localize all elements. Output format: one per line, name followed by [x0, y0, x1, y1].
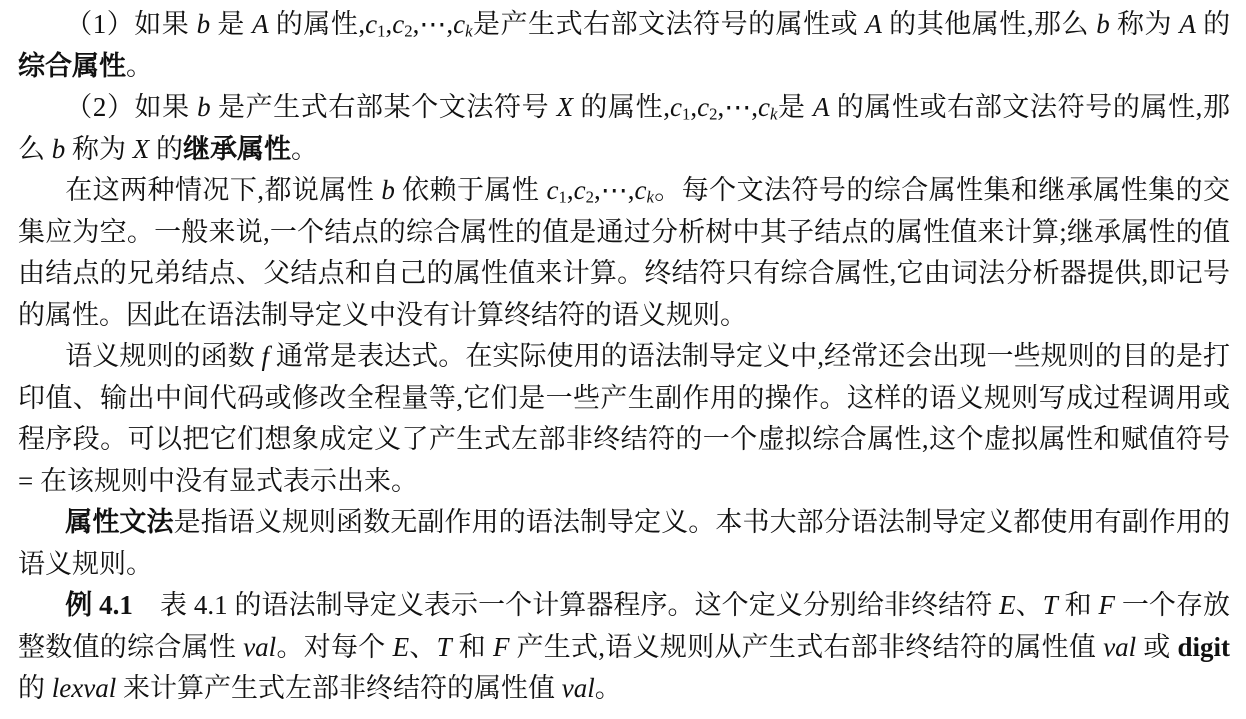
text-segment: 和 [452, 632, 493, 662]
text-segment: 继承属性 [183, 134, 291, 164]
text-segment: F [493, 632, 510, 662]
text-segment: c [365, 9, 377, 39]
text-segment: c [634, 175, 646, 205]
text-segment: ,⋯, [594, 175, 635, 205]
list-item-2-inherited-attribute: （2）如果 b 是产生式右部某个文法符号 X 的属性,c1,c2,⋯,ck是 A… [18, 87, 1230, 170]
text-segment: 2 [404, 22, 412, 41]
text-segment: 来计算产生式左部非终结符的属性值 [116, 673, 562, 703]
text-segment: 的属性, [269, 9, 366, 39]
text-segment: 。对每个 [276, 632, 392, 662]
text-segment: 综合属性 [18, 51, 126, 81]
text-segment: X [133, 134, 150, 164]
text-segment: c [546, 175, 558, 205]
paragraph-example-4-1: 例 4.1 表 4.1 的语法制导定义表示一个计算器程序。这个定义分别给非终结符… [18, 585, 1230, 710]
text-segment: 称为 [1110, 9, 1180, 39]
text-segment: digit [1178, 632, 1231, 662]
text-segment: A [1179, 9, 1196, 39]
text-segment: 。 [126, 51, 153, 81]
text-segment: 是 [210, 9, 252, 39]
text-segment: 是产生式右部某个文法符号 [211, 92, 557, 122]
text-segment: b [197, 9, 211, 39]
text-segment: 的 [149, 134, 183, 164]
text-segment: 称为 [65, 134, 133, 164]
text-segment: 是指语义规则函数无副作用的语法制导定义。本书大部分语法制导定义都使用有副作用的语… [18, 507, 1230, 579]
text-segment: 或 [1136, 632, 1177, 662]
text-segment: 1 [377, 22, 385, 41]
text-segment: 的 [18, 673, 52, 703]
text-segment: 2 [586, 188, 594, 207]
text-segment: 在这两种情况下,都说属性 [65, 175, 381, 205]
text-segment: T [1043, 590, 1058, 620]
text-segment: 例 4.1 [65, 590, 133, 620]
text-segment: val [1103, 632, 1136, 662]
text-segment: b [1096, 9, 1110, 39]
text-segment: 、 [409, 632, 437, 662]
text-segment: A [865, 9, 882, 39]
text-segment: f [262, 341, 270, 371]
text-segment: c [697, 92, 709, 122]
text-segment: ,⋯, [717, 92, 758, 122]
text-segment: 的属性, [573, 92, 670, 122]
text-segment: 1 [558, 188, 566, 207]
text-segment: k [465, 22, 472, 41]
text-segment: ,⋯, [413, 9, 454, 39]
text-segment: 。 [291, 134, 318, 164]
text-segment: 依赖于属性 [395, 175, 547, 205]
text-segment: （1）如果 [65, 9, 196, 39]
text-segment: T [437, 632, 452, 662]
text-segment: 是产生式右部文法符号的属性或 [473, 9, 866, 39]
paragraph-attribute-dependency: 在这两种情况下,都说属性 b 依赖于属性 c1,c2,⋯,ck。每个文法符号的综… [18, 170, 1230, 336]
text-segment: E [999, 590, 1016, 620]
text-segment: 的其他属性,那么 [882, 9, 1096, 39]
text-segment: 。 [595, 673, 622, 703]
text-segment: b [52, 134, 66, 164]
text-segment: 、 [1016, 590, 1043, 620]
text-segment: （2）如果 [65, 92, 197, 122]
text-segment: c [758, 92, 770, 122]
text-segment: c [453, 9, 465, 39]
text-segment: c [574, 175, 586, 205]
text-segment: A [252, 9, 269, 39]
text-segment: A [813, 92, 830, 122]
text-segment: c [670, 92, 682, 122]
text-segment: b [381, 175, 395, 205]
text-segment: 和 [1058, 590, 1099, 620]
text-segment: 表 4.1 的语法制导定义表示一个计算器程序。这个定义分别给非终结符 [133, 590, 999, 620]
text-segment: 产生式,语义规则从产生式右部非终结符的属性值 [509, 632, 1103, 662]
textbook-page: （1）如果 b 是 A 的属性,c1,c2,⋯,ck是产生式右部文法符号的属性或… [0, 0, 1246, 719]
text-segment: , [567, 175, 574, 205]
text-segment: 的 [1196, 9, 1230, 39]
text-segment: 语义规则的函数 [65, 341, 261, 371]
text-segment: F [1099, 590, 1116, 620]
text-segment: 是 [777, 92, 813, 122]
text-segment: val [243, 632, 276, 662]
text-segment: k [646, 188, 653, 207]
text-segment: val [562, 673, 595, 703]
text-segment: b [197, 92, 211, 122]
paragraph-semantic-rule-functions: 语义规则的函数 f 通常是表达式。在实际使用的语法制导定义中,经常还会出现一些规… [18, 336, 1230, 502]
text-segment: E [393, 632, 410, 662]
text-segment: 属性文法 [65, 507, 173, 537]
text-segment: X [557, 92, 574, 122]
text-segment: lexval [52, 673, 116, 703]
list-item-1-synthesized-attribute: （1）如果 b 是 A 的属性,c1,c2,⋯,ck是产生式右部文法符号的属性或… [18, 4, 1230, 87]
paragraph-attribute-grammar: 属性文法是指语义规则函数无副作用的语法制导定义。本书大部分语法制导定义都使用有副… [18, 502, 1230, 585]
text-segment: c [392, 9, 404, 39]
